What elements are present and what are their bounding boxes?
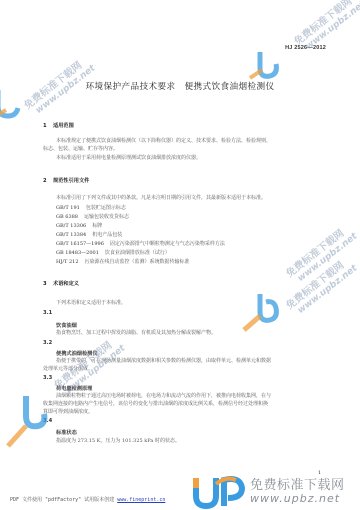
section-1-heading: 1适用范围 xyxy=(43,122,74,129)
reference-item: GB/T 191包装贮运图示标志 xyxy=(56,204,126,211)
term-name: 饮食油烟 xyxy=(56,322,77,329)
term-definition: 指便于携带的，可在现场测量油烟浓度数据和相关参数的检测仪器，由取样单元、检测单元… xyxy=(56,358,271,366)
term-definition: 指温度为 273.15 K，压力为 101.325 kPa 时的状态。 xyxy=(56,438,180,446)
section-2-intro: 本标准引用了下列文件或其中的条款。凡是未注明日期的引用文件，其最新版本适用于本标… xyxy=(56,195,266,203)
term-number: 3.4 xyxy=(43,418,52,424)
term-definition-cont: 算即可得到油烟浓度。 xyxy=(43,409,93,417)
reference-item: GB/T 16157—1996固定污染源排气中颗粒物测定与气态污染物采样方法 xyxy=(56,240,225,247)
reference-item: GB/T 13384机电产品包装 xyxy=(56,231,122,238)
section-3-intro: 下列术语和定义适用于本标准。 xyxy=(56,300,126,308)
section-1-para-1-line-1: 本标准规定了便携式饮食油烟检测仪（以下简称仪器）的定义、技术要求、检验方法、检验… xyxy=(56,138,271,146)
reference-item: GB/T 13306标牌 xyxy=(56,222,102,229)
term-definition: 指食物烹饪、加工过程中挥发的油脂、有机质及其加热分解或裂解产物。 xyxy=(56,330,216,338)
footer-text: PDF 文件使用 "pdfFactory" 试用版本创建 xyxy=(10,497,114,503)
section-1-para-1-line-2: 标志、包装、运输、贮存等内容。 xyxy=(43,146,118,154)
term-definition-cont: 收集网连接的电路内产生电信号，该信号的变化与排出油烟的浓度成比例关系，检测信号经… xyxy=(43,401,268,409)
section-1-para-2: 本标准适用于采用荷电量检测原理测试饮食油烟排放浓度的仪器。 xyxy=(56,155,201,163)
watermark-layer: 免费标准下载网www.upbz.net 免费标准下载网www.upbz.net … xyxy=(0,0,360,510)
term-name: 标准状态 xyxy=(56,429,77,436)
reference-item: GB 6388运输包装收发货标志 xyxy=(56,213,129,220)
term-definition: 油烟颗粒物粒子通过高压电场时被荷电，在电场力和流动气流的作用下，被推向电荷收集网… xyxy=(56,393,271,401)
standard-number: HJ 2526—2012 xyxy=(285,45,326,51)
term-number: 3.3 xyxy=(43,375,52,381)
brand-watermark: 免费标准下载网 www.upbz.net xyxy=(190,472,360,510)
brand-url: www.upbz.net xyxy=(250,492,340,505)
watermark-text: 免费标准下载网www.upbz.net xyxy=(282,220,359,288)
footer-link[interactable]: www.fineprint.cn xyxy=(117,497,165,503)
up-logo-icon xyxy=(240,290,286,336)
brand-name: 免费标准下载网 xyxy=(250,474,345,493)
document-title: 环境保护产品技术要求便携式饮食油烟检测仪 xyxy=(0,80,360,92)
section-3-heading: 3术语和定义 xyxy=(43,280,79,287)
term-name: 便携式油烟检测仪 xyxy=(56,350,98,357)
term-number: 3.1 xyxy=(43,310,52,316)
title-part-2: 便携式饮食油烟检测仪 xyxy=(185,82,275,92)
term-name: 荷电量检测原理 xyxy=(56,385,92,392)
reference-item: GB 18483—2001饮食业油烟排放标准（试行） xyxy=(56,249,170,256)
pdf-footer: PDF 文件使用 "pdfFactory" 试用版本创建 www.finepri… xyxy=(10,496,165,503)
up-logo-icon xyxy=(190,476,248,510)
document-page: HJ 2526—2012 环境保护产品技术要求便携式饮食油烟检测仪 1适用范围 … xyxy=(0,0,360,510)
watermark-text: 免费标准下载网www.upbz.net xyxy=(282,252,359,320)
term-number: 3.2 xyxy=(43,340,52,346)
section-2-heading: 2规范性引用文件 xyxy=(43,177,89,184)
title-part-1: 环境保护产品技术要求 xyxy=(86,82,176,92)
term-definition-cont: 处理单元等部分组成。 xyxy=(43,366,93,374)
reference-item: HJ/T 212污染源在线自动监控（监测）系统数据传输标准 xyxy=(56,258,190,265)
